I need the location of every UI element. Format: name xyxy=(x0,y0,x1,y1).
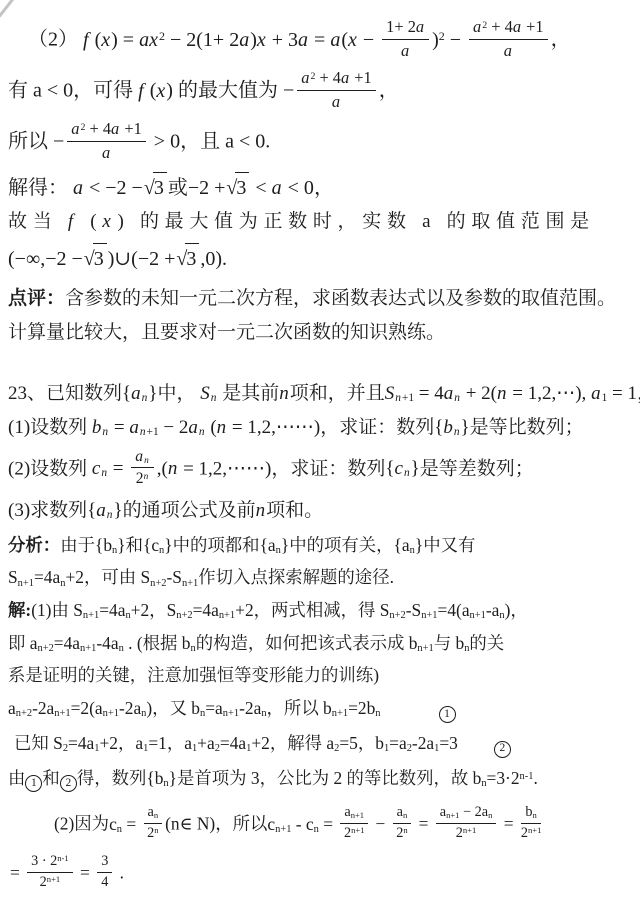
math-run: Sn+1 = 4an + 2(n = 1,2,⋯), a1 = 1 xyxy=(385,383,637,404)
text-run: = xyxy=(76,862,95,882)
fraction: an2n xyxy=(393,804,412,843)
subscript: n xyxy=(199,426,206,438)
circled-number: 2 xyxy=(494,741,511,758)
fraction: a2 + 4a +1a xyxy=(297,68,376,112)
subscript: n+1 xyxy=(83,610,99,621)
fraction-denominator: a xyxy=(469,40,548,62)
text-run: an+2-2an+1=2(an+1-2an)，又 bn=an+1-2an，所以 … xyxy=(8,698,381,718)
superscript: 2 xyxy=(159,29,165,43)
subscript: 1 xyxy=(246,743,251,754)
line-analysis-1: 分析：由于{bn}和{cn}中的项都和{an}中的项有关，{an}中又有 xyxy=(8,533,634,558)
fraction-denominator: 2n+1 xyxy=(27,873,73,892)
subscript: 2 xyxy=(334,743,339,754)
subscript: n+2 xyxy=(176,610,192,621)
fraction-numerator: a2 + 4a +1 xyxy=(297,68,376,91)
fraction: 1+ 2aa xyxy=(382,17,429,61)
subscript: n xyxy=(403,810,407,820)
text-run: 已知 S2=4a1+2，a1=1，a1+a2=4a1+2，解得 a2=5，b1=… xyxy=(14,733,458,753)
subscript: n xyxy=(190,643,195,654)
subscript: n+1 xyxy=(446,810,459,820)
text-run: = xyxy=(414,814,433,834)
part2-quadratic-solution: （2） f (x) = ax2 − 2(1+ 2a)x + 3a = a(x −… xyxy=(8,19,634,347)
text-run: 是等差数列； xyxy=(420,458,534,479)
line-geometric-conclusion: 由1和2得，数列{bn}是首项为 3，公比为 2 的等比数列，故 bn=3·2n… xyxy=(8,766,634,793)
text-run: 点评： xyxy=(8,288,65,309)
fraction-numerator: 3 · 2n-1 xyxy=(27,853,73,873)
fraction-numerator: an xyxy=(131,447,153,468)
math-run: n xyxy=(256,500,267,521)
sqrt-radicand: 3 xyxy=(235,172,249,202)
text-run: 得，数列{bn}是首项为 3，公比为 2 的等比数列，故 bn=3·2n-1. xyxy=(77,768,538,788)
math-run: {cn} xyxy=(385,458,419,479)
fraction: an+1 − 2an2n+1 xyxy=(436,804,497,843)
line-part3-statement: (3)求数列{an}的通项公式及前n项和。 xyxy=(8,498,634,525)
subscript: n xyxy=(101,467,108,479)
subscript: n xyxy=(144,456,150,466)
sqrt-radical: √3 xyxy=(84,243,107,273)
subscript: n xyxy=(102,426,109,438)
subscript: n+1 xyxy=(275,824,291,835)
subscript: n xyxy=(314,824,319,835)
subscript: 2 xyxy=(63,743,68,754)
subscript: n xyxy=(107,509,114,521)
text-run: （2） xyxy=(28,29,83,51)
line-part2-statement: (2)设数列 cn = an2n,(n = 1,2,⋯⋯)，求证：数列{cn}是… xyxy=(8,449,634,491)
sqrt-radicand: 3 xyxy=(93,243,107,273)
circled-number: 1 xyxy=(439,706,456,723)
math-run: )2 − xyxy=(432,29,466,51)
spacer xyxy=(381,713,439,714)
text-run: . xyxy=(222,248,227,270)
subscript: n+1 xyxy=(103,708,119,719)
math-run: {an} xyxy=(122,383,157,404)
math-run: ,0) xyxy=(200,248,222,270)
fraction-numerator: 1+ 2a xyxy=(382,17,429,40)
circled-number: 1 xyxy=(25,775,42,792)
text-run: (2)设数列 xyxy=(8,458,92,479)
fraction-denominator: a xyxy=(382,40,429,62)
subscript: n xyxy=(112,545,117,556)
superscript: 2 xyxy=(482,20,487,31)
text-run: (n∈ N)，所以 xyxy=(165,814,267,834)
subscript: n xyxy=(163,778,168,789)
subscript: n xyxy=(454,392,461,404)
sqrt-radicand: 3 xyxy=(185,243,199,273)
subscript: n+1 xyxy=(219,610,235,621)
text-run: 由于{bn}和{cn}中的项都和{an}中的项有关，{an}中又有 xyxy=(60,535,475,555)
text-run: 即 an+2=4an+1-4an . (根据 bn的构造，如何把该式表示成 bn… xyxy=(8,633,504,653)
sqrt-radical: √3 xyxy=(226,172,249,202)
text-run: 23、已知数列 xyxy=(8,383,122,404)
math-run: < a < 0 xyxy=(250,177,314,199)
circled-number: 2 xyxy=(60,775,77,792)
subscript: n xyxy=(375,708,380,719)
subscript: n+2 xyxy=(150,578,166,589)
superscript: 2 xyxy=(310,71,315,82)
fraction-denominator: 2n xyxy=(393,824,412,843)
line-conclusion-text: 故当 f (x) 的最大值为正数时，实数 a 的取值范围是 xyxy=(8,209,634,236)
text-run: 是其前 xyxy=(217,383,279,404)
math-solution-document: （2） f (x) = ax2 − 2(1+ 2a)x + 3a = a(x −… xyxy=(8,19,634,894)
problem-23-sequences: 23、已知数列{an}中， Sn 是其前n项和，并且Sn+1 = 4an + 2… xyxy=(8,381,634,894)
subscript: 2 xyxy=(407,743,412,754)
spacer xyxy=(458,748,494,749)
math-run: −2 + xyxy=(188,177,226,199)
line-solution-3: 系是证明的关键，注意加强恒等变形能力的训练) xyxy=(8,663,634,688)
text-run: (1)由 Sn+1=4an+2，Sn+2=4an+1+2，两式相减，得 Sn+2… xyxy=(31,600,528,620)
subscript: 1 xyxy=(94,743,99,754)
subscript: n+1 xyxy=(223,708,239,719)
subscript: n xyxy=(488,810,492,820)
text-run: . xyxy=(115,862,124,882)
subscript: n+1 xyxy=(80,643,96,654)
text-run: 含参数的未知一元二次方程，求函数表达式以及参数的取值范围。 xyxy=(65,288,616,309)
subscript: n xyxy=(533,810,537,820)
text-run: 解得： xyxy=(8,177,73,199)
text-run: 计算量比较大，且要求对一元二次函数的知识熟练。 xyxy=(8,322,445,343)
text-run: 解: xyxy=(8,600,31,620)
fraction-denominator: 2n xyxy=(131,468,153,488)
subscript: n+1 xyxy=(470,610,486,621)
line-remark-1: 点评：含参数的未知一元二次方程，求函数表达式以及参数的取值范围。 xyxy=(8,286,634,313)
superscript: n xyxy=(403,825,407,835)
math-run: )∪(−2 + xyxy=(108,248,176,270)
text-run: ，求证：数列 xyxy=(320,417,434,438)
math-run: bn = an+1 − 2an (n = 1,2,⋯⋯) xyxy=(92,417,320,438)
fraction-numerator: a2 + 4a +1 xyxy=(67,119,146,142)
math-run: cn = xyxy=(92,458,128,479)
math-run: {an} xyxy=(87,500,122,521)
text-run: > 0，且 a < 0. xyxy=(149,131,270,153)
subscript: n xyxy=(60,578,65,589)
math-run: (−∞,−2 − xyxy=(8,248,83,270)
text-run: 中， xyxy=(157,383,200,404)
fraction: a2 + 4a +1a xyxy=(469,17,548,61)
fraction-denominator: 2n+1 xyxy=(340,824,368,843)
text-run: 项和，并且 xyxy=(290,383,385,404)
fraction-numerator: an+1 xyxy=(340,804,368,824)
subscript: n+1 xyxy=(421,610,437,621)
text-run: − xyxy=(371,814,390,834)
superscript: n+1 xyxy=(351,825,364,835)
subscript: n xyxy=(125,610,130,621)
text-run: 的最大值为 − xyxy=(173,80,294,102)
fraction-denominator: 2n+1 xyxy=(521,824,542,843)
document-page: （2） f (x) = ax2 − 2(1+ 2a)x + 3a = a(x −… xyxy=(0,0,640,905)
superscript: 2 xyxy=(439,29,445,43)
sqrt-radical: √3 xyxy=(144,172,167,202)
subscript: n xyxy=(159,545,164,556)
subscript: 1 xyxy=(143,743,148,754)
fraction-denominator: 2n+1 xyxy=(436,824,497,843)
subscript: 1 xyxy=(192,743,197,754)
subscript: n+2 xyxy=(37,643,53,654)
subscript: n xyxy=(499,610,504,621)
subscript: n xyxy=(154,810,158,820)
fraction-numerator: an xyxy=(144,804,163,824)
subscript: 1 xyxy=(384,743,389,754)
text-run: ， xyxy=(551,29,571,51)
text-run: 的最大值为正数时，实数 a 的取值范围是 xyxy=(130,211,595,232)
text-run: 是等比数列； xyxy=(470,417,584,438)
math-run: {bn} xyxy=(434,417,469,438)
line-equation-2: 已知 S2=4a1+2，a1=1，a1+a2=4a1+2，解得 a2=5，b1=… xyxy=(14,731,634,758)
line-part2-result: = 3 · 2n-12n+1 = 34 . xyxy=(10,855,634,894)
superscript: n+1 xyxy=(47,874,60,884)
scan-artifact-mark xyxy=(0,0,17,18)
text-run: 所以 − xyxy=(8,131,64,153)
superscript: n xyxy=(154,825,158,835)
text-run: (2)因为 xyxy=(54,814,109,834)
text-run: 分析： xyxy=(8,535,60,555)
text-run: 有 a < 0，可得 xyxy=(8,80,138,102)
subscript: n xyxy=(141,708,146,719)
superscript: 2 xyxy=(80,122,85,133)
text-run: 由 xyxy=(8,768,25,788)
subscript: 1 xyxy=(434,743,439,754)
line-inequality: 所以 −a2 + 4a +1a > 0，且 a < 0. xyxy=(8,121,634,165)
text-run: cn+1 - cn = xyxy=(267,814,337,834)
math-run: f (x) xyxy=(138,80,173,102)
text-run: cn = xyxy=(109,814,140,834)
subscript: n xyxy=(276,545,281,556)
math-run: f (x) xyxy=(68,211,130,232)
text-run: ，求证：数列 xyxy=(271,458,385,479)
sqrt-radical: √3 xyxy=(176,243,199,273)
subscript: n xyxy=(464,643,469,654)
fraction: 34 xyxy=(97,853,112,892)
subscript: n+1 xyxy=(332,708,348,719)
text-run: ， xyxy=(314,177,334,199)
line-part1-statement: (1)设数列 bn = an+1 − 2an (n = 1,2,⋯⋯)，求证：数… xyxy=(8,415,634,442)
subscript: n xyxy=(142,392,149,404)
text-run: 系是证明的关键，注意加强恒等变形能力的训练) xyxy=(8,665,379,685)
subscript: n xyxy=(454,426,461,438)
line-solve-result: 解得： a < −2 −√3或−2 +√3 < a < 0， xyxy=(8,172,634,202)
text-run: 故当 xyxy=(8,211,68,232)
fraction-denominator: 4 xyxy=(97,873,112,892)
subscript: n+1 xyxy=(18,578,34,589)
subscript: n+1 xyxy=(351,810,364,820)
subscript: n+1 xyxy=(54,708,70,719)
fraction-numerator: bn xyxy=(521,804,542,824)
fraction: a2 + 4a +1a xyxy=(67,119,146,163)
math-run: ,(n = 1,2,⋯⋯) xyxy=(157,458,272,479)
text-run: 或 xyxy=(168,177,188,199)
text-run: 项和。 xyxy=(266,500,323,521)
line-solution-2: 即 an+2=4an+1-4an . (根据 bn的构造，如何把该式表示成 bn… xyxy=(8,631,634,656)
subscript: n+1 xyxy=(182,578,198,589)
math-run: a < −2 − xyxy=(73,177,143,199)
text-run: 和 xyxy=(42,768,59,788)
fraction: bn2n+1 xyxy=(521,804,542,843)
line-part2-proof: (2)因为cn = an2n(n∈ N)，所以cn+1 - cn = an+12… xyxy=(54,806,634,845)
line-solution-1: 解:(1)由 Sn+1=4an+2，Sn+2=4an+1+2，两式相减，得 Sn… xyxy=(8,598,634,623)
subscript: n xyxy=(410,545,415,556)
subscript: 2 xyxy=(215,743,220,754)
line-remark-2: 计算量比较大，且要求对一元二次函数的知识熟练。 xyxy=(8,320,634,347)
line-analysis-2: Sn+1=4an+2，可由 Sn+2-Sn+1作切入点探索解题的途径. xyxy=(8,565,634,590)
fraction-numerator: 3 xyxy=(97,853,112,873)
superscript: n+1 xyxy=(463,825,476,835)
line-complete-square: （2） f (x) = ax2 − 2(1+ 2a)x + 3a = a(x −… xyxy=(28,19,634,63)
line-range-interval: (−∞,−2 −√3)∪(−2 +√3,0). xyxy=(8,243,634,273)
fraction-denominator: 2n xyxy=(144,824,163,843)
fraction: 3 · 2n-12n+1 xyxy=(27,853,73,892)
fraction-numerator: an xyxy=(393,804,412,824)
subscript: n xyxy=(261,708,266,719)
subscript: n xyxy=(404,467,411,479)
fraction: an+12n+1 xyxy=(340,804,368,843)
fraction: an2n xyxy=(131,447,153,489)
subscript: n xyxy=(481,778,486,789)
line-problem-23: 23、已知数列{an}中， Sn 是其前n项和，并且Sn+1 = 4an + 2… xyxy=(8,381,634,408)
subscript: n xyxy=(119,643,124,654)
superscript: n xyxy=(144,472,150,482)
fraction: an2n xyxy=(144,804,163,843)
sqrt-radicand: 3 xyxy=(153,172,167,202)
fraction-denominator: a xyxy=(67,142,146,164)
math-run: f (x) = ax2 − 2(1+ 2a)x + 3a = a(x − xyxy=(83,29,379,51)
text-run: (1)设数列 xyxy=(8,417,92,438)
text-run: = xyxy=(10,862,24,882)
text-run: = xyxy=(499,814,518,834)
math-run: Sn xyxy=(200,383,217,404)
subscript: n xyxy=(117,824,122,835)
text-run: ， xyxy=(379,80,399,102)
text-run: 的通项公式及前 xyxy=(123,500,256,521)
subscript: n+1 xyxy=(417,643,433,654)
subscript: n+1 xyxy=(140,426,159,438)
line-max-value: 有 a < 0，可得 f (x) 的最大值为 −a2 + 4a +1a， xyxy=(8,70,634,114)
subscript: n xyxy=(211,392,218,404)
subscript: n+2 xyxy=(16,708,32,719)
superscript: n-1 xyxy=(520,771,534,782)
subscript: 1 xyxy=(602,392,608,404)
math-run: n xyxy=(279,383,290,404)
subscript: n xyxy=(200,708,205,719)
fraction-numerator: an+1 − 2an xyxy=(436,804,497,824)
superscript: n-1 xyxy=(57,853,68,863)
line-equation-1: an+2-2an+1=2(an+1-2an)，又 bn=an+1-2an，所以 … xyxy=(8,696,634,723)
fraction-numerator: a2 + 4a +1 xyxy=(469,17,548,40)
superscript: n+1 xyxy=(528,825,541,835)
text-run: (3)求数列 xyxy=(8,500,87,521)
subscript: n+1 xyxy=(395,392,414,404)
text-run: Sn+1=4an+2，可由 Sn+2-Sn+1作切入点探索解题的途径. xyxy=(8,567,394,587)
subscript: n+2 xyxy=(389,610,405,621)
fraction-denominator: a xyxy=(297,91,376,113)
